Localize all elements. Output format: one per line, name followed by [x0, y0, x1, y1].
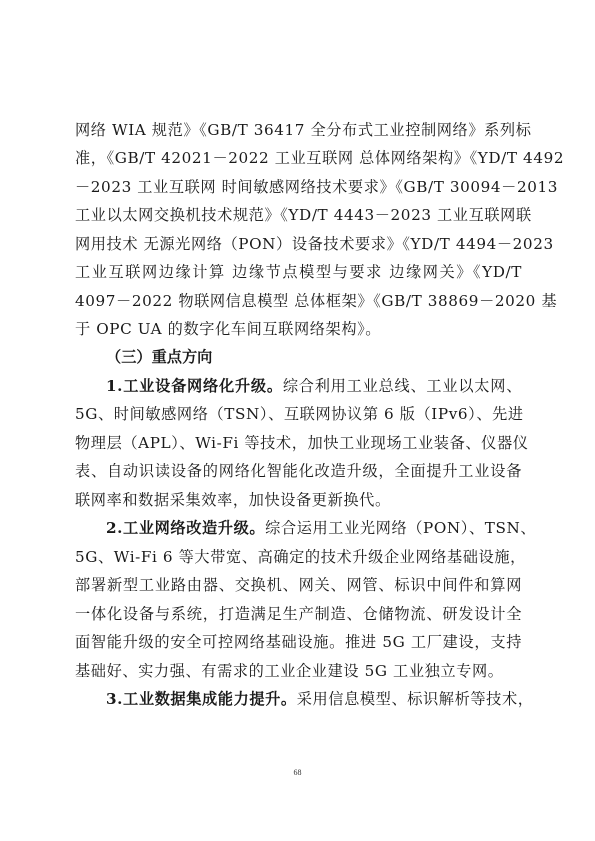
body-text-line: 面智能升级的安全可控网络基础设施。推进 5G 工厂建设，支持	[75, 630, 522, 654]
body-text-line: 部署新型工业路由器、交换机、网关、网管、标识中间件和算网	[75, 573, 522, 597]
body-text-line: 准，《GB/T 42021－2022 工业互联网 总体网络架构》《YD/T 44…	[75, 146, 522, 170]
body-text-line: 网络 WIA 规范》《GB/T 36417 全分布式工业控制网络》系列标	[75, 118, 522, 142]
section-heading: （三）重点方向	[106, 345, 212, 369]
body-text-line: 网用技术 无源光网络（PON）设备技术要求》《YD/T 4494－2023	[75, 232, 522, 256]
body-text-line: 一体化设备与系统，打造满足生产制造、仓储物流、研发设计全	[75, 602, 522, 626]
item-3-text: 采用信息模型、标识解析等技术，	[297, 690, 534, 708]
body-text-line: 工业互联网边缘计算 边缘节点模型与要求 边缘网关》《YD/T	[75, 260, 522, 284]
body-text-line: 基础好、实力强、有需求的工业企业建设 5G 工业独立专网。	[75, 659, 522, 683]
item-3-first-line: 3.工业数据集成能力提升。采用信息模型、标识解析等技术，	[106, 687, 522, 711]
item-1-first-line: 1.工业设备网络化升级。综合利用工业总线、工业以太网、	[106, 374, 522, 398]
body-text-line: 表、自动识读设备的网络化智能化改造升级，全面提升工业设备	[75, 459, 522, 483]
document-page: 网络 WIA 规范》《GB/T 36417 全分布式工业控制网络》系列标 准，《…	[0, 0, 595, 841]
body-text-line: －2023 工业互联网 时间敏感网络技术要求》《GB/T 30094－2013	[75, 175, 522, 199]
item-2-first-line: 2.工业网络改造升级。综合运用工业光网络（PON）、TSN、	[106, 516, 522, 540]
page-number: 68	[0, 768, 595, 777]
item-1-title: 1.工业设备网络化升级。	[106, 377, 283, 395]
item-1-text: 综合利用工业总线、工业以太网、	[283, 377, 522, 395]
body-text-line: 联网率和数据采集效率，加快设备更新换代。	[75, 488, 522, 512]
body-text-line: 于 OPC UA 的数字化车间互联网络架构》。	[75, 317, 522, 341]
item-3-title: 3.工业数据集成能力提升。	[106, 690, 297, 708]
body-text-line: 工业以太网交换机技术规范》《YD/T 4443－2023 工业互联网联	[75, 203, 522, 227]
body-text-line: 4097－2022 物联网信息模型 总体框架》《GB/T 38869－2020 …	[75, 289, 522, 313]
item-2-title: 2.工业网络改造升级。	[106, 519, 265, 537]
body-text-line: 5G、时间敏感网络（TSN）、互联网协议第 6 版（IPv6）、先进	[75, 402, 522, 426]
body-text-line: 5G、Wi-Fi 6 等大带宽、高确定的技术升级企业网络基础设施，	[75, 545, 522, 569]
item-2-text: 综合运用工业光网络（PON）、TSN、	[265, 519, 536, 537]
body-text-line: 物理层（APL）、Wi-Fi 等技术，加快工业现场工业装备、仪器仪	[75, 431, 522, 455]
